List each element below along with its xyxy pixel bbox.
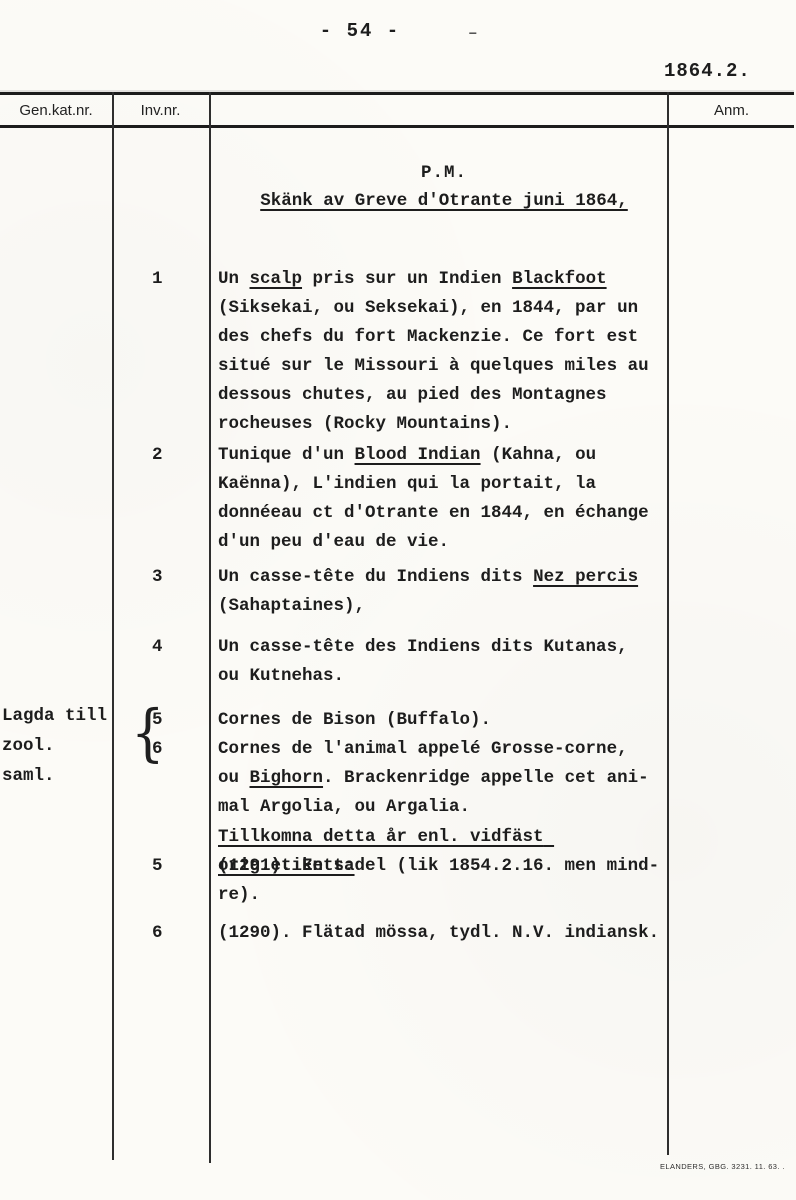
catalog-entry: 6(1290). Flätad mössa, tydl. N.V. indian… (112, 919, 674, 948)
entry-text-segment: pris sur un Indien (302, 269, 512, 289)
column-header-invnr: Inv.nr. (112, 102, 209, 119)
entry-text-segment: Cornes de Bison (Buffalo). (218, 710, 491, 730)
table-vertical-rule-3 (667, 92, 669, 1155)
entry-text-underlined: scalp (250, 269, 303, 289)
entry-text-segment: (1290). Flätad mössa, tydl. N.V. indians… (218, 923, 659, 943)
margin-note-line2: zool. saml. (2, 731, 112, 791)
memo-title-text: Skänk av Greve d'Otrante juni 1864, (260, 191, 628, 211)
margin-note: Lagda till zool. saml. (2, 701, 112, 791)
entry-text-underlined: Blood Indian (355, 445, 481, 465)
entry-text: Un scalp pris sur un Indien Blackfoot (S… (218, 265, 674, 439)
entry-text: Un casse-tête du Indiens dits Nez percis… (218, 563, 674, 621)
entry-text: (1290). Flätad mössa, tydl. N.V. indians… (218, 919, 674, 948)
table-top-rule (0, 92, 794, 95)
page-number: - 54 - (300, 20, 420, 42)
entry-text-segment: Un (218, 269, 250, 289)
entry-text: Cornes de l'animal appelé Grosse-corne, … (218, 735, 674, 822)
table-vertical-rule-2 (209, 92, 211, 1163)
entry-inv-nr: 5 (112, 852, 218, 910)
entry-text-underlined: Blackfoot (512, 269, 607, 289)
entry-text: Cornes de Bison (Buffalo). (218, 706, 674, 735)
catalog-year-ref: 1864.2. (664, 60, 774, 82)
memo-title: Skänk av Greve d'Otrante juni 1864, (218, 191, 670, 211)
margin-note-line1: Lagda till (2, 701, 112, 731)
catalog-entry: 1Un scalp pris sur un Indien Blackfoot (… (112, 265, 674, 439)
entry-text-segment: Un casse-tête des Indiens dits Kutanas, … (218, 637, 628, 686)
entry-text-segment: Un casse-tête du Indiens dits (218, 567, 533, 587)
entry-text-underlined: Bighorn (250, 768, 324, 788)
catalog-entry: 5Cornes de Bison (Buffalo). (112, 706, 674, 735)
column-header-genkatnr: Gen.kat.nr. (0, 102, 112, 119)
entry-inv-nr: 4 (112, 633, 218, 691)
catalog-entry: 2Tunique d'un Blood Indian (Kahna, ou Ka… (112, 441, 674, 557)
table-header-bottom-rule (0, 125, 794, 128)
entry-text-underlined: Nez percis (533, 567, 638, 587)
catalog-entry: 3Un casse-tête du Indiens dits Nez perci… (112, 563, 674, 621)
catalog-entry: 5(1291). En sadel (lik 1854.2.16. men mi… (112, 852, 674, 910)
catalog-entry: 6Cornes de l'animal appelé Grosse-corne,… (112, 735, 674, 822)
entry-text-segment: (Siksekai, ou Seksekai), en 1844, par un… (218, 298, 649, 434)
entry-inv-nr: 5 (112, 706, 218, 735)
column-header-anm: Anm. (667, 102, 796, 119)
entry-text-segment: (1291). En sadel (lik 1854.2.16. men min… (218, 856, 659, 905)
entry-text-segment: (Sahaptaines), (218, 596, 365, 616)
stray-dash-mark: – (468, 24, 478, 42)
memo-pm-heading: P.M. (218, 163, 670, 183)
printer-mark: ELANDERS, GBG. 3231. 11. 63. . (660, 1162, 796, 1171)
catalog-entry: 4Un casse-tête des Indiens dits Kutanas,… (112, 633, 674, 691)
entry-text: Tunique d'un Blood Indian (Kahna, ou Kaë… (218, 441, 674, 557)
entry-inv-nr: 2 (112, 441, 218, 557)
entry-text: (1291). En sadel (lik 1854.2.16. men min… (218, 852, 674, 910)
table-vertical-rule-1 (112, 92, 114, 1160)
entry-inv-nr: 1 (112, 265, 218, 439)
entry-text: Un casse-tête des Indiens dits Kutanas, … (218, 633, 674, 691)
entry-inv-nr: 6 (112, 919, 218, 948)
entry-inv-nr: 3 (112, 563, 218, 621)
entry-text-segment: Tunique d'un (218, 445, 355, 465)
entry-inv-nr: 6 (112, 735, 218, 822)
